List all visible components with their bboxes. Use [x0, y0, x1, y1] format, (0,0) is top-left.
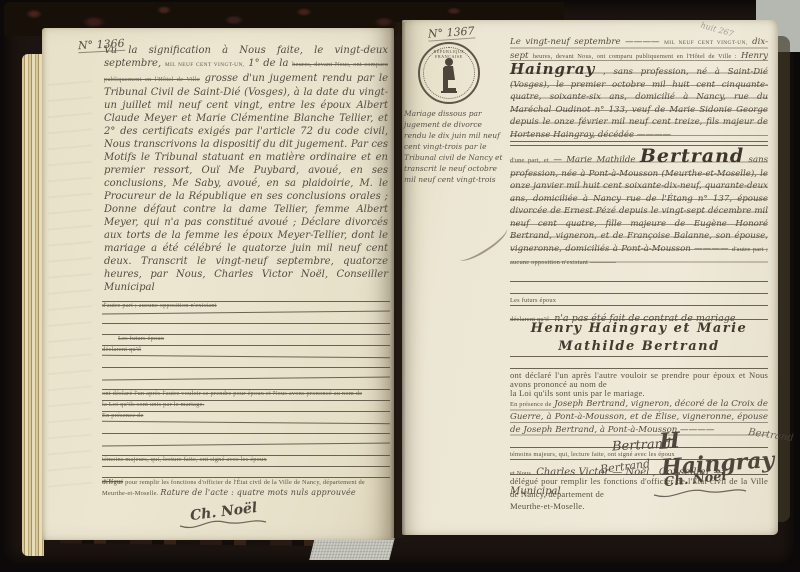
officer-signature-flourish [652, 484, 748, 500]
left-act-body: Vu la signification à Nous faite, le vin… [104, 44, 388, 294]
form-line: témoins majeurs, qui, lecture faite, ont… [102, 446, 390, 456]
left-body-judgment-text: grosse d'un jugement rendu par le Tribun… [104, 73, 388, 293]
form-line: d'autre part ; aucune opposition n'exist… [102, 292, 390, 302]
dune-part-printed: d'une part, et [510, 157, 549, 164]
left-footer-line1: délégué pour remplir les fonctions d'off… [102, 479, 365, 486]
groom-paragraph: Le vingt-neuf septembre ———— MIL NEUF CE… [510, 36, 768, 141]
book-gutter-shadow [390, 22, 406, 538]
ink-bleedthrough [48, 70, 92, 490]
groom-surname-big: Haingray [510, 60, 595, 78]
form-line [102, 346, 390, 359]
act-year-printed: MIL NEUF CENT VINGT-UN, [664, 40, 748, 46]
scanned-register-photo: { "palette": { "background_black": "#0b0… [0, 0, 800, 572]
form-line [102, 367, 390, 380]
form-line: Les futurs époux [102, 325, 390, 335]
bottom-cloth-bookmark [309, 538, 394, 560]
form-line [102, 433, 390, 446]
bride-details: sans profession, née à Pont-à-Mousson (M… [510, 155, 768, 254]
left-officer-clause: délégué pour remplir les fonctions d'off… [102, 478, 392, 498]
stamp-seated-figure-icon [436, 56, 462, 94]
act-date-hw: Le vingt-neuf septembre ———— [510, 37, 660, 47]
left-page-stack-edge [22, 54, 44, 556]
right-footer-line2: Meurthe-et-Moselle. [510, 501, 585, 511]
form-line: et Nous [102, 468, 390, 478]
form-line [102, 424, 390, 434]
contract-line: déclarent qu'il n'a pas été fait de cont… [510, 306, 768, 320]
form-line [102, 358, 390, 368]
groom-firstname: Henry [741, 51, 768, 61]
left-footer-line2: Meurthe-et-Moselle. [102, 490, 159, 497]
signature-haingray: H Haingray [658, 419, 800, 481]
bride-paragraph: d'une part, et — Marie Mathilde Bertrand… [510, 150, 768, 270]
comparution-printed: heures, devant Nous, ont comparu publiqu… [533, 53, 737, 60]
vows-printed: ont déclaré l'un après l'autre vouloir s… [510, 371, 768, 398]
bride-firstnames: — Marie Mathilde [553, 155, 635, 165]
form-line: ont déclaré l'un après l'autre vouloir s… [102, 380, 390, 390]
blank-rule [510, 282, 768, 294]
form-line [102, 314, 390, 324]
left-body-line2-hw: 1° de la [248, 58, 288, 69]
left-form-section: d'autre part ; aucune opposition n'exist… [102, 292, 390, 479]
bride-surname-big: Bertrand [640, 145, 744, 167]
form-line [102, 301, 390, 314]
signature-flourish [178, 516, 268, 532]
spouses-names-line: Henry Haingray et Marie Mathilde Bertran… [510, 320, 768, 357]
blank-rule [510, 357, 768, 369]
blank-rule [510, 270, 768, 282]
margin-note-divorce: Mariage dissous par jugement de divorce … [404, 108, 504, 185]
form-line [102, 412, 390, 425]
en-presence-printed: En présence de [510, 401, 551, 408]
futurs-epoux-line: Les futurs époux [510, 294, 768, 306]
left-body-printed-date: MIL NEUF CENT VINGT-UN, [165, 62, 245, 68]
left-erasure-note: Rature de l'acte : quatre mots nuls appr… [160, 488, 356, 497]
fiscal-stamp: RÉPUBLIQUE FRANÇAISE [418, 42, 480, 104]
